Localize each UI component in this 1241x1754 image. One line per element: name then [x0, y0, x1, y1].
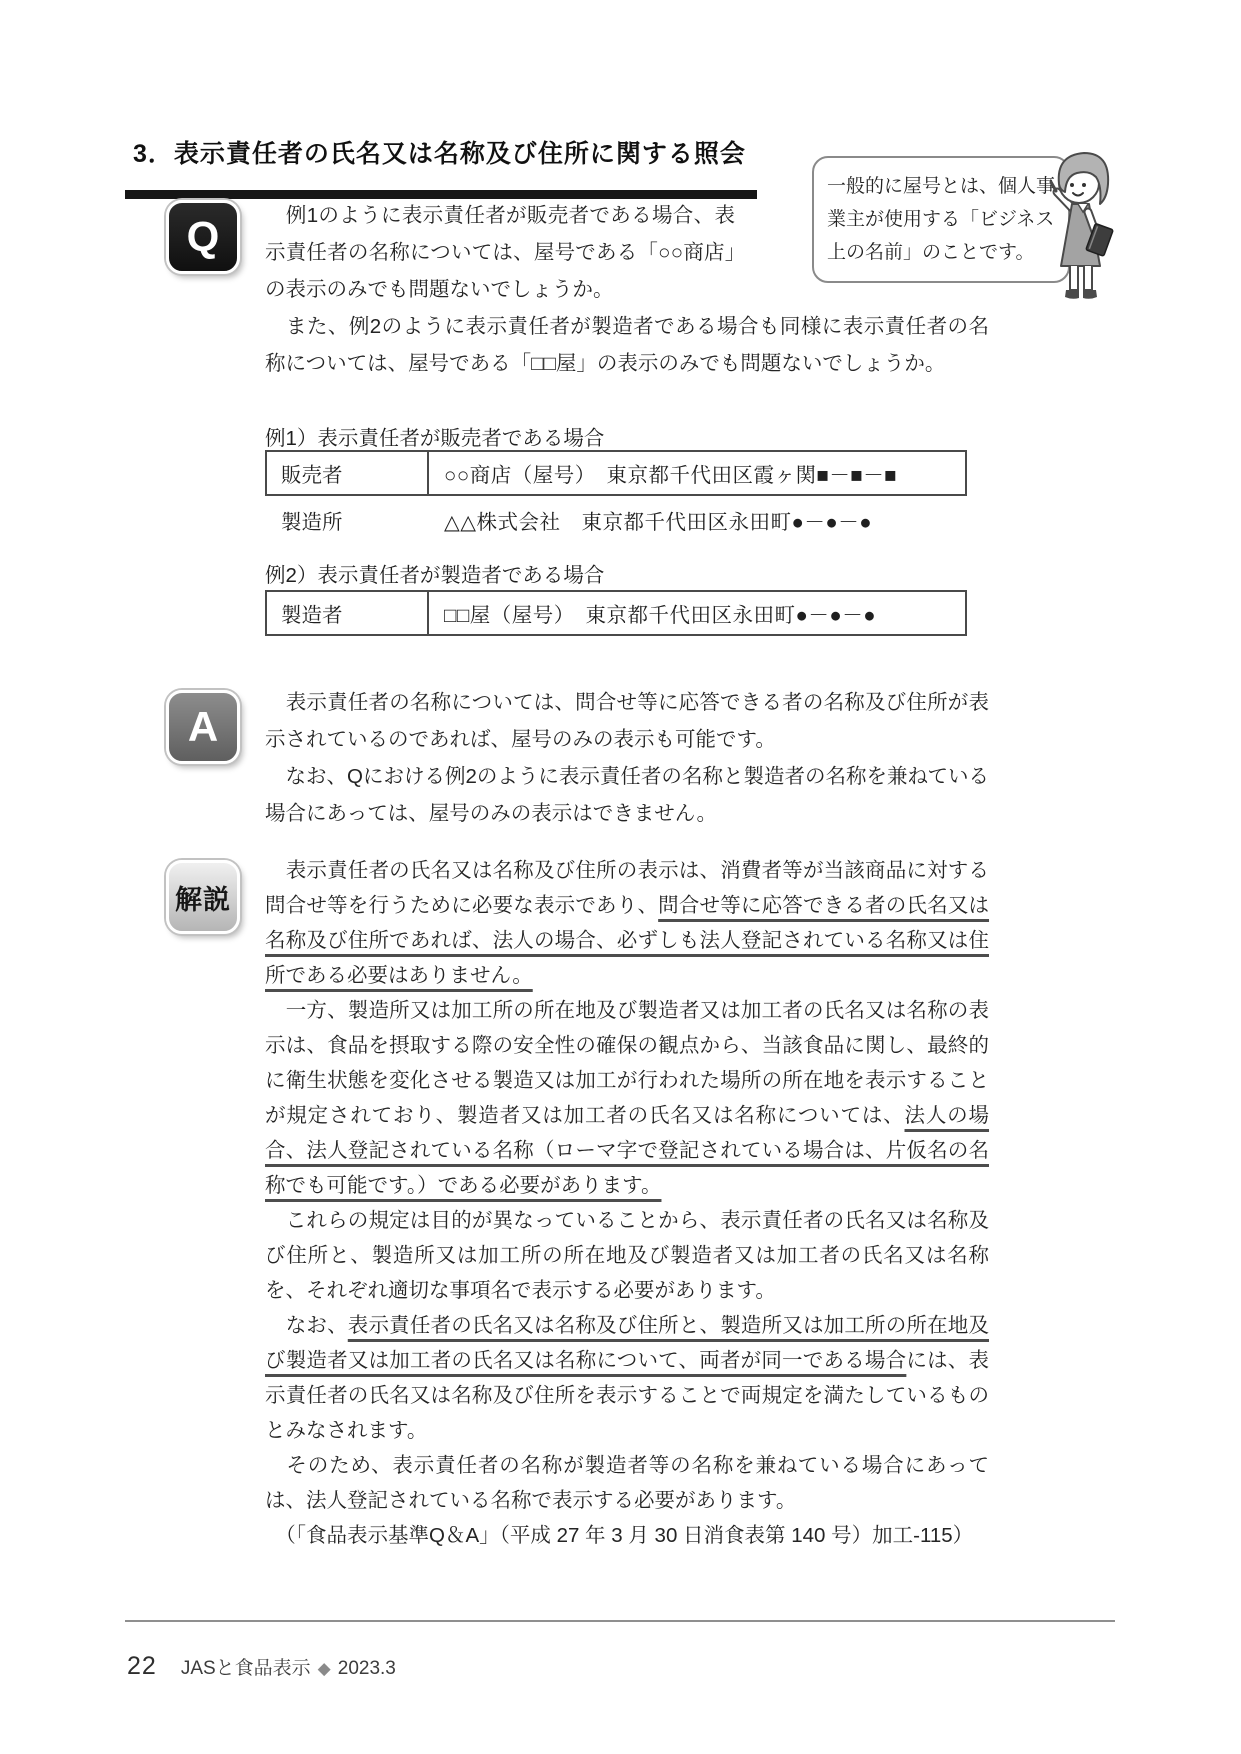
example2-row1-value: □□屋（屋号） 東京都千代田区永田町●－●－●: [429, 592, 965, 634]
example1-row2-value: △△株式会社 東京都千代田区永田町●－●－●: [427, 498, 967, 542]
commentary-badge-label: 解説: [175, 878, 231, 917]
commentary-text: 表示責任者の氏名又は名称及び住所の表示は、消費者等が当該商品に対する問合せ等を行…: [265, 853, 989, 1553]
answer-badge: A: [166, 690, 240, 764]
question-paragraph-2: また、例2のように表示責任者が製造者である場合も同様に表示責任者の名称については…: [265, 308, 989, 382]
example1-row1-value: ○○商店（屋号） 東京都千代田区霞ヶ関■－■－■: [429, 452, 965, 494]
answer-paragraph-2: なお、Qにおける例2のように表示責任者の名称と製造者の名称を兼ねている場合にあっ…: [265, 758, 989, 832]
commentary-paragraph-5: そのため、表示責任者の名称が製造者等の名称を兼ねている場合にあっては、法人登記さ…: [265, 1448, 989, 1518]
diamond-icon: ◆: [318, 1659, 331, 1679]
woman-illustration: [1042, 142, 1142, 320]
footer: 22 JASと食品表示 ◆ 2023.3: [127, 1652, 396, 1681]
example1-row2-label: 製造所: [265, 498, 427, 542]
answer-text: 表示責任者の名称については、問合せ等に応答できる者の名称及び住所が表示されている…: [265, 684, 989, 832]
page-number: 22: [127, 1652, 157, 1681]
commentary-badge: 解説: [166, 860, 240, 934]
example2-table: 製造者 □□屋（屋号） 東京都千代田区永田町●－●－●: [265, 590, 967, 636]
footer-book-title: JASと食品表示: [181, 1653, 311, 1680]
footer-divider: [125, 1620, 1115, 1622]
commentary-paragraph-1: 表示責任者の氏名又は名称及び住所の表示は、消費者等が当該商品に対する問合せ等を行…: [265, 853, 989, 993]
commentary-citation: （「食品表示基準Q＆A」（平成 27 年 3 月 30 日消食表第 140 号）…: [265, 1518, 989, 1553]
question-badge: Q: [166, 200, 240, 274]
footer-edition: 2023.3: [338, 1658, 396, 1680]
answer-badge-label: A: [188, 703, 218, 751]
question-paragraph-1: 例1のように表示責任者が販売者である場合、表示責任者の名称については、屋号である…: [265, 197, 735, 308]
document-page: { "title": "3．表示責任者の氏名又は名称及び住所に関する照会", "…: [0, 0, 1241, 1754]
commentary-paragraph-2: 一方、製造所又は加工所の所在地及び製造者又は加工者の氏名又は名称の表示は、食品を…: [265, 993, 989, 1203]
answer-paragraph-1: 表示責任者の名称については、問合せ等に応答できる者の名称及び住所が表示されている…: [265, 684, 989, 758]
example1-caption: 例1）表示責任者が販売者である場合: [265, 421, 604, 451]
question-badge-label: Q: [187, 213, 220, 261]
page-title: 3．表示責任者の氏名又は名称及び住所に関する照会: [133, 134, 746, 170]
example2-caption: 例2）表示責任者が製造者である場合: [265, 558, 604, 588]
example1-row1-label: 販売者: [267, 452, 429, 494]
example2-row1-label: 製造者: [267, 592, 429, 634]
example1-row2: 製造所 △△株式会社 東京都千代田区永田町●－●－●: [265, 498, 967, 542]
commentary-paragraph-3: これらの規定は目的が異なっていることから、表示責任者の氏名又は名称及び住所と、製…: [265, 1203, 989, 1308]
question-text: 例1のように表示責任者が販売者である場合、表示責任者の名称については、屋号である…: [265, 197, 989, 382]
commentary-paragraph-4: なお、表示責任者の氏名又は名称及び住所と、製造所又は加工所の所在地及び製造者又は…: [265, 1308, 989, 1448]
example1-table: 販売者 ○○商店（屋号） 東京都千代田区霞ヶ関■－■－■: [265, 450, 967, 496]
underlined-text: 表示責任者の氏名又は名称及び住所と、製造所又は加工所の所在地及び製造者又は加工者…: [265, 1314, 989, 1372]
